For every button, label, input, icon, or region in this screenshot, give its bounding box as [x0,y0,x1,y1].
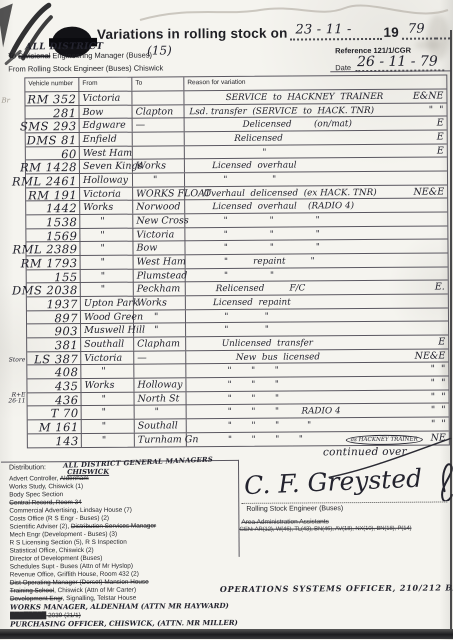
vehicle-number: M 161 [39,420,79,434]
to-rest: Engineering Manager (Buses) [52,51,152,61]
from-cell: Wood Green [81,310,134,323]
vehicle-number-cell: 1937 [27,297,81,310]
to-cell: — [133,119,185,132]
reason-text: " " " [189,392,280,405]
to-cell: Turnham Gn [135,433,187,447]
vehicle-number-cell: 436 [28,393,82,406]
vehicle-number: T 70 [51,406,79,420]
to-cell: Plumstead [134,269,186,282]
reason-cell: " " " [185,213,447,228]
distribution-text: Costs Office (R S Engr - Buses) (2) [9,515,109,523]
reason-text: Delicensed (on/mat) [187,118,352,131]
distribution-text: Advert Controller, [9,475,60,482]
from-cell: Works [80,201,133,214]
handwritten-year: 79 [408,22,425,37]
vehicle-number: RML 2389 [12,242,77,256]
vehicle-number: 1442 [46,201,77,215]
to-cell: — [134,351,186,364]
reason-text: SERVICE to HACKNEY TRAINER [186,91,383,104]
reason-text: " " " [187,228,319,241]
to-cell: West Ham [134,255,186,268]
struck-line-1: Area Administration Assistants [241,518,328,526]
reason-cell: " " " [185,240,447,255]
to-cell: Peckham [134,283,186,296]
reason-text: " " " [188,365,279,378]
distribution-text: Aldenham [60,475,89,482]
signature-text: C. F. Greysted [244,464,423,500]
col-vehicle-number: Vehicle number [25,78,79,91]
from-line: From Rolling Stock Engineer (Buses) Chis… [8,63,163,73]
vehicle-number-cell: SMS 293 [26,119,80,132]
year-fill-line: 79 [402,28,436,40]
date-fill-line: 23 - 11 - [289,28,381,41]
reason-cell: Licensed repaint [186,295,448,310]
from-cell: Holloway [80,174,133,187]
reason-text: New bus licensed [188,351,320,364]
vehicle-number-cell: RML 2389 [26,242,80,255]
margin-note: Store [1,358,25,364]
struck-line-2: GEN: AR(12), W(46), TL(43), BN(46), AV(1… [239,526,411,533]
from-cell: " [81,269,134,282]
vehicle-number: 1538 [46,215,77,229]
col-from: From [79,78,132,91]
vehicle-number: 1569 [46,229,77,243]
from-cell: Victoria [80,187,133,200]
to-cell [133,146,185,159]
district-note: NE&E [413,186,444,198]
vehicle-number-cell: DMS 2038 [27,283,81,296]
from-cell: " [82,420,135,433]
struck-divisional: Divisional [18,51,50,60]
footer-divider-vertical [238,460,240,557]
trailing-dots [436,27,450,39]
reason-cell: Licensed overhaul (RADIO 4) [185,199,447,214]
vehicle-number-cell: 903 [27,324,81,337]
vehicle-number-cell: 143 [28,434,82,448]
to-cell: New Cross [133,214,185,227]
reason-cell: RelicensedE [185,130,447,145]
distribution-text: Distribution Services Manager [71,522,156,530]
reason-cell: New bus licensedNE&E [186,349,448,364]
reason-cell: " " "" " [187,390,449,405]
vehicle-number: DMS 2038 [12,283,78,297]
to-cell: " [134,324,186,337]
distribution-label: Distribution: [9,464,46,471]
district-note: E [437,118,444,130]
district-note: " " [431,405,446,417]
vehicle-number-cell: RML 2461 [26,174,80,187]
distribution-text: , Chiswick (Attn of Mr Carter) [54,587,136,595]
from-cell: " [80,215,133,228]
vehicle-number-cell: DMS 81 [26,133,80,146]
scan-edge-right [450,30,452,630]
form-title-line: Variations in rolling stock on 23 - 11 -… [97,24,450,41]
scan-edge-bottom [0,629,453,639]
reason-cell: " " " [185,226,447,241]
handwritten-note: WORKS MANAGER, ALDENHAM (ATTN MR HAYWARD… [10,601,229,612]
from-cell: " [82,406,135,419]
reason-cell: " repaint " [186,254,448,269]
distribution-text: Works Study, Chiswick (1) [9,483,83,491]
district-note: " " [431,364,446,376]
distribution-list: Advert Controller, AldenhamWorks Study, … [9,474,238,630]
reason-text: " " " [187,242,319,255]
vehicle-number-cell: 281 [26,106,80,119]
reason-cell: Relicensed F/CE. [186,281,448,296]
to-cell: Works [134,296,186,309]
vehicle-number: 155 [54,270,78,284]
table-body: BrRM 352Victoria SERVICE to HACKNEY TRAI… [25,89,448,447]
district-note: E [438,337,445,349]
to-cell: Norwood [133,201,185,214]
reason-cell: Unlicensed transferE [186,336,448,351]
to-cell [133,132,185,145]
reason-text: " " " [188,379,279,392]
reason-cell: Licensed overhaul [185,158,447,173]
district-note: E&NE [413,90,444,102]
vehicle-number: 408 [55,365,79,379]
vehicle-number: 1937 [47,297,78,311]
to-cell: " [133,173,185,186]
vehicle-number-cell: RM 352 [25,92,79,105]
reason-text: Licensed overhaul [187,160,297,173]
to-cell: Holloway [134,378,186,391]
vehicle-number: 143 [55,435,79,449]
to-cell [132,91,184,104]
form-title: Variations in rolling stock on [97,26,288,42]
vehicle-number-cell: 1538 [26,215,80,228]
from-cell: Edgware [80,119,133,132]
col-to: To [132,77,184,90]
reason-text: Relicensed F/C [188,283,306,296]
year-prefix: 19 [383,25,399,40]
distribution-text: Commercial Advertising, Lindsay House (7… [9,507,132,515]
distribution-text: Scientific Adviser (2), [9,523,71,530]
from-cell: Victoria [81,351,134,364]
vehicle-number: RM 1793 [21,256,78,270]
vehicle-number: SMS 293 [20,119,77,133]
copies-count: (15) [147,43,172,57]
to-cell: Bow [133,242,185,255]
from-cell: Upton Park [81,297,134,310]
margin-note: R+E 26·11 [2,393,26,405]
reason-text: " " " " [189,420,312,433]
district-note: NE&E [415,350,446,362]
district-note: E [437,145,444,157]
district-note: " " [431,419,446,431]
col-reason: Reason for variation [184,75,446,90]
from-cell: " [80,242,133,255]
distribution-item: WORKS MANAGER, ALDENHAM (ATTN MR HAYWARD… [10,602,238,613]
from-cell: " [82,392,135,405]
reason-text: " " " " [189,434,303,447]
vehicle-number-cell: M 161 [28,420,82,433]
reason-text: Overhaul delicensed (ex HACK. TNR) [187,187,377,200]
reason-text: " " " RADIO 4 [189,406,341,419]
from-cell: " [81,283,134,296]
reason-cell: " " "" " [186,363,448,378]
reason-text: " repaint " [188,255,315,268]
from-cell: Enfield [80,133,133,146]
vehicle-number-cell: T 70 [28,406,82,419]
vehicle-number: RML 2461 [12,174,77,188]
vehicle-number-cell: 60 [26,147,80,160]
operations-officer-note: OPERATIONS SYSTEMS OFFICER, 210/212 BAKE… [220,582,453,594]
vehicle-number-cell: 381 [27,338,81,351]
distribution-text: Central Record, Room 34 [9,499,82,507]
reason-text: Unlicensed transfer [188,337,313,350]
to-cell: North St [135,392,187,405]
signatory-title: Rolling Stock Engineer (Buses) [246,505,343,513]
distribution-text: Dist Operating Manager (Dorset) Mansion … [10,579,149,587]
district-note: " " [431,378,446,390]
vehicle-number: 436 [55,393,79,407]
reason-cell: " " [186,322,448,337]
district-note: E [437,131,444,143]
reason-text: " " [188,269,274,282]
vehicle-number-cell: 435 [27,379,81,392]
distribution-text: Mech Engr (Development - Buses) (3) [9,531,117,539]
rolling-stock-table: Vehicle number From To Reason for variat… [24,74,450,448]
distribution-text: Body Spec Section [9,491,63,498]
distribution-item: PURCHASING OFFICER, CHISWICK, (ATTN. MR … [10,619,238,630]
distribution-text: Director of Development (Buses) [10,555,103,563]
from-cell: " [82,433,135,447]
reason-text: " " [188,324,269,337]
to-cell [134,365,186,378]
vehicle-number-cell: LS 387 [27,352,81,365]
vehicle-number: 381 [55,338,79,352]
reason-cell: Lsd. transfer (SERVICE to HACK. TNR)" " [184,103,446,118]
vehicle-number-cell: RM 1428 [26,160,80,173]
district-note: " " [431,391,446,403]
to-cell: Southall [135,419,187,432]
vehicle-number: 435 [55,379,79,393]
reason-cell: SERVICE to HACKNEY TRAINERE&NE [184,89,446,104]
from-cell: Victoria [79,92,132,105]
to-cell: " [134,310,186,323]
from-cell: " [81,256,134,269]
document-page: Variations in rolling stock on 23 - 11 -… [0,0,453,640]
reason-text: " " [187,174,276,187]
vehicle-number: DMS 81 [27,133,77,147]
vehicle-number-cell: 1569 [26,229,80,242]
handwritten-note: PURCHASING OFFICER, CHISWICK, (ATTN. MR … [10,618,238,629]
vehicle-number-cell: RM 1793 [27,256,81,269]
vehicle-number: RM 191 [28,188,77,202]
date-line: Date 26 - 11 - 79 [335,53,444,72]
reason-cell: " " [185,171,447,186]
reason-text: Lsd. transfer (SERVICE to HACK. TNR) [187,105,375,118]
distribution-text: Schedules Supt - Buses (Attn of Mr Hyslo… [10,563,133,571]
to-cell: " [135,406,187,419]
vehicle-number-cell: 155 [27,270,81,283]
distribution-text: R S Licensing Section (5), R S Inspectio… [10,539,127,547]
to-line: To Divisional Engineering Manager (Buses… [8,51,152,61]
reason-text: Licensed repaint [188,297,291,310]
distribution-text: Training School [10,587,54,594]
reason-cell: " " [186,308,448,323]
from-cell: Works [81,379,134,392]
to-prefix: To [8,51,16,60]
handwritten-date: 23 - 11 - [295,22,351,37]
from-cell: Southall [81,338,134,351]
from-cell: " [80,228,133,241]
reason-cell: " " " RADIO 4" " [187,404,449,419]
reason-text: " " [188,310,269,323]
to-cell: Clapton [132,105,184,118]
vehicle-number: 60 [61,147,77,161]
pencil-note: Br [1,96,10,104]
reason-cell: Overhaul delicensed (ex HACK. TNR)NE&E [185,185,447,200]
distribution-text: Statistical Office, Chiswick (2) [10,547,94,555]
vehicle-number: RM 352 [27,92,76,106]
from-cell: " [81,365,134,378]
handwritten-issue-date: 26 - 11 - 79 [355,53,444,72]
vehicle-number-cell: 897 [27,311,81,324]
reason-text: Licensed overhaul (RADIO 4) [187,200,354,213]
vehicle-number: 903 [55,324,79,338]
reason-text: " [187,146,267,159]
from-cell: Muswell Hill [81,324,134,337]
district-note: " " [429,104,444,116]
vehicle-number: RM 1428 [20,160,77,174]
vehicle-number-cell: RM 191 [26,188,80,201]
district-note: E. [435,282,445,294]
reason-cell: Delicensed (on/mat)E [185,117,447,132]
vehicle-number: 897 [54,311,78,325]
reason-cell: " " [186,267,448,282]
distribution-text: Revenue Office, Griffith House, Room 432… [10,571,139,579]
vehicle-number: LS 387 [34,352,78,366]
from-cell: West Ham [80,146,133,159]
from-cell: Seven Kings [80,160,133,173]
reason-text: " " " [187,214,319,227]
reason-cell: " " "" " [186,377,448,392]
to-cell: Clapham [134,337,186,350]
vehicle-number-cell: 1442 [26,201,80,214]
vehicle-number: 281 [53,106,77,120]
to-cell: WORKS FLOAT [133,187,185,200]
reason-text: Relicensed [187,133,283,146]
to-cell: Victoria [133,228,185,241]
vehicle-number-cell: 408 [27,365,81,378]
to-cell: Works [133,160,185,173]
from-cell: Bow [80,105,133,118]
reason-cell: "E [185,144,447,159]
rule-under-date [330,70,450,72]
